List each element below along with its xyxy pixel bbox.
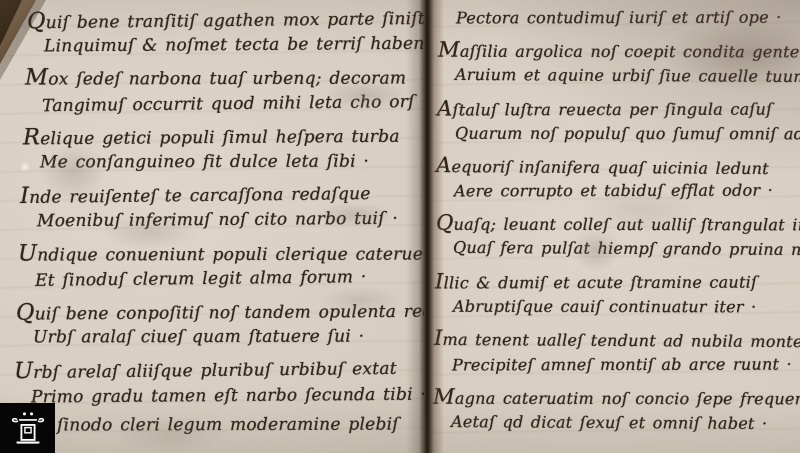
manuscript-line: Illic & dumiſ et acute ſtramine cautiſ — [435, 268, 757, 294]
manuscript-line: Quarum noſ populuſ quo ſumuſ omniſ adit … — [455, 123, 800, 143]
manuscript-line: Magna cateruatim noſ concio ſepe frequen… — [433, 383, 800, 409]
manuscript-line: Urbſ arelaſ aliiſque pluribuſ urbibuſ ex… — [14, 354, 397, 384]
manuscript-line: Pectora contudimuſ iuriſ et artiſ ope · — [456, 8, 782, 28]
manuscript-line: Abruptiſque cauiſ continuatur iter · — [452, 297, 755, 317]
manuscript-line: Inde reuiſenteſ te carcaſſona redaſque — [20, 179, 371, 209]
manuscript-line: Aere corrupto et tabiduſ efflat odor · — [454, 181, 773, 201]
manuscript-line: Aequoriſ inſanifera quaſ uicinia ledunt — [436, 151, 769, 178]
manuscript-line: Primo gradu tamen eſt narbo ſecunda tibi… — [31, 384, 426, 407]
manuscript-line: Quaſq; leuant colleſ aut ualliſ ſtrangul… — [436, 210, 800, 236]
manuscript-line: Aetaſ qd dicat ſexuſ et omniſ habet · — [451, 412, 767, 433]
manuscript-line: Quiſ bene tranſitiſ agathen mox parte ſi… — [27, 4, 444, 35]
manuscript-line: Linquimuſ & noſmet tecta be terriſ haben… — [44, 34, 445, 57]
manuscript-line: Aruium et aquine urbiſ ſiue cauelle tuum… — [455, 65, 800, 86]
manuscript-line: Quaſ fera pulſat hiempſ grando pruina ni… — [453, 238, 800, 259]
manuscript-line: Urbſ aralaſ ciueſ quam ſtatuere ſui · — [33, 327, 364, 348]
manuscript-line: Mox ſedeſ narbona tuaſ urbenq; decoram — [25, 64, 406, 91]
manuscript-photo: Quiſ bene tranſitiſ agathen mox parte ſi… — [0, 0, 800, 453]
manuscript-line: Tangimuſ occurrit quod mihi leta cho orſ… — [42, 91, 428, 115]
manuscript-line: Me conſanguineo fit dulce leta ſibi · — [39, 152, 368, 173]
manuscript-line: Aſtaluſ luſtra reuecta per ſingula caſuſ — [437, 94, 772, 120]
manuscript-line: Ima tenent ualleſ tendunt ad nubila mont… — [434, 325, 800, 352]
manuscript-line: Moenibuſ inferimuſ noſ cito narbo tuiſ · — [37, 209, 398, 232]
manuscript-line: Quiſ bene conpoſitiſ noſ tandem opulenta… — [16, 296, 467, 325]
manuscript-line: Relique getici populi ſimul heſpera turb… — [23, 121, 400, 150]
manuscript-line: Undique conueniunt populi clerique cater… — [18, 239, 423, 266]
manuscript-line: Precipiteſ amneſ montiſ ab arce ruunt · — [452, 354, 792, 374]
manuscript-line: Et ſinoduſ clerum legit alma forum · — [35, 267, 367, 291]
manuscript-line: Maſſilia argolica noſ coepit condita gen… — [438, 37, 800, 63]
manuscript-right-page: Pectora contudimuſ iuriſ et artiſ ope ·M… — [424, 0, 800, 453]
watermark-logo — [0, 403, 55, 453]
manuscript-left-page: Quiſ bene tranſitiſ agathen mox parte ſi… — [0, 0, 424, 453]
manuscript-line: ſinodo cleri legum moderamine plebiſ — [57, 414, 399, 435]
monogram-logo-icon — [6, 407, 50, 449]
